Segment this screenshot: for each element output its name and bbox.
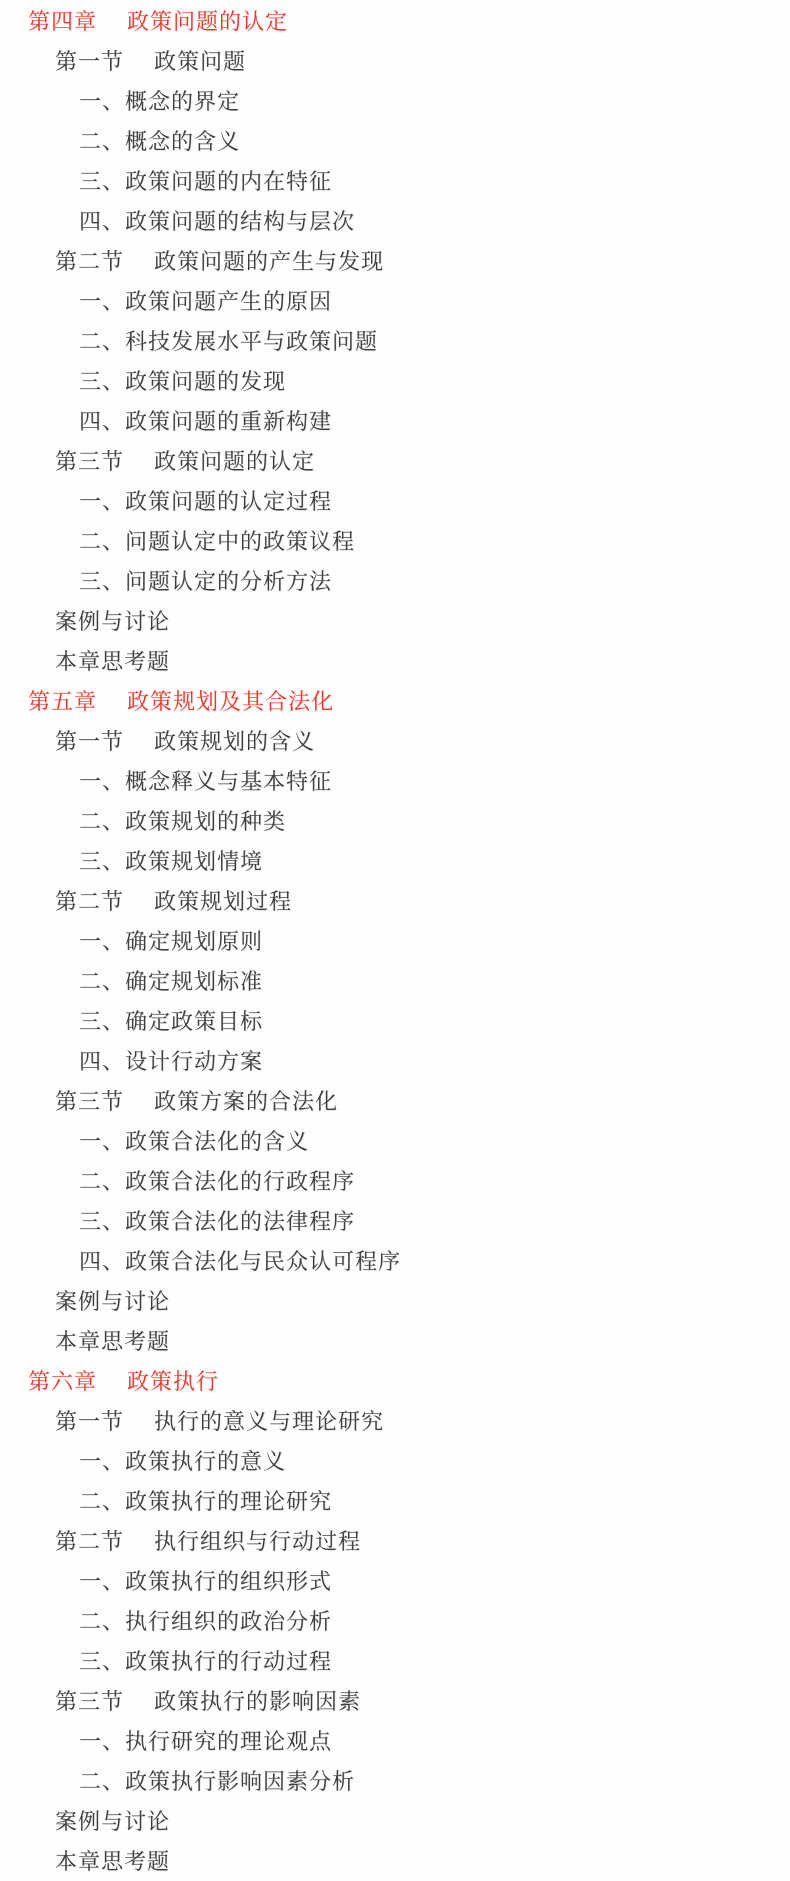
- entry-text: 三、问题认定的分析方法: [79, 565, 332, 596]
- toc-extra-entry: 本章思考题: [0, 640, 790, 680]
- entry-text: 一、政策执行的组织形式: [79, 1565, 332, 1596]
- entry-text: 四、设计行动方案: [79, 1045, 263, 1076]
- toc-item-entry: 四、设计行动方案: [0, 1040, 790, 1080]
- document-page: 第四章政策问题的认定第一节政策问题一、概念的界定二、概念的含义三、政策问题的内在…: [0, 0, 790, 1881]
- entry-text: 本章思考题: [55, 1845, 170, 1876]
- toc-item-entry: 一、确定规划原则: [0, 920, 790, 960]
- entry-text: 二、科技发展水平与政策问题: [79, 325, 378, 356]
- toc-section-heading: 第三节政策方案的合法化: [0, 1080, 790, 1120]
- entry-text: 一、政策问题产生的原因: [79, 285, 332, 316]
- entry-text: 四、政策问题的重新构建: [79, 405, 332, 436]
- entry-text: 一、确定规划原则: [79, 925, 263, 956]
- entry-text: 三、政策问题的发现: [79, 365, 286, 396]
- chapter-number: 第六章: [28, 1365, 97, 1396]
- toc-section-heading: 第三节政策问题的认定: [0, 440, 790, 480]
- toc-item-entry: 四、政策问题的结构与层次: [0, 200, 790, 240]
- toc-extra-entry: 案例与讨论: [0, 600, 790, 640]
- section-title: 政策规划过程: [154, 885, 292, 916]
- toc-section-heading: 第三节政策执行的影响因素: [0, 1680, 790, 1720]
- toc-item-entry: 二、概念的含义: [0, 120, 790, 160]
- toc-item-entry: 四、政策问题的重新构建: [0, 400, 790, 440]
- chapter-number: 第四章: [28, 5, 97, 36]
- entry-text: 二、问题认定中的政策议程: [79, 525, 355, 556]
- section-number: 第二节: [55, 885, 124, 916]
- entry-text: 二、政策执行的理论研究: [79, 1485, 332, 1516]
- toc-section-heading: 第一节政策问题: [0, 40, 790, 80]
- table-of-contents: 第四章政策问题的认定第一节政策问题一、概念的界定二、概念的含义三、政策问题的内在…: [0, 0, 790, 1880]
- toc-item-entry: 二、执行组织的政治分析: [0, 1600, 790, 1640]
- section-number: 第二节: [55, 1525, 124, 1556]
- toc-item-entry: 一、概念的界定: [0, 80, 790, 120]
- entry-text: 三、政策问题的内在特征: [79, 165, 332, 196]
- toc-item-entry: 二、政策规划的种类: [0, 800, 790, 840]
- entry-text: 二、政策规划的种类: [79, 805, 286, 836]
- entry-text: 二、概念的含义: [79, 125, 240, 156]
- toc-item-entry: 二、政策执行影响因素分析: [0, 1760, 790, 1800]
- section-title: 政策问题的认定: [154, 445, 315, 476]
- section-number: 第一节: [55, 45, 124, 76]
- toc-item-entry: 一、政策执行的组织形式: [0, 1560, 790, 1600]
- entry-text: 四、政策合法化与民众认可程序: [79, 1245, 401, 1276]
- toc-item-entry: 一、政策问题产生的原因: [0, 280, 790, 320]
- toc-section-heading: 第二节政策问题的产生与发现: [0, 240, 790, 280]
- toc-item-entry: 一、政策问题的认定过程: [0, 480, 790, 520]
- chapter-number: 第五章: [28, 685, 97, 716]
- toc-chapter-heading: 第六章政策执行: [0, 1360, 790, 1400]
- entry-text: 二、政策执行影响因素分析: [79, 1765, 355, 1796]
- toc-item-entry: 一、政策合法化的含义: [0, 1120, 790, 1160]
- entry-text: 三、确定政策目标: [79, 1005, 263, 1036]
- toc-chapter-heading: 第五章政策规划及其合法化: [0, 680, 790, 720]
- entry-text: 三、政策合法化的法律程序: [79, 1205, 355, 1236]
- chapter-title: 政策规划及其合法化: [127, 685, 334, 716]
- entry-text: 三、政策规划情境: [79, 845, 263, 876]
- toc-item-entry: 二、确定规划标准: [0, 960, 790, 1000]
- entry-text: 案例与讨论: [55, 605, 170, 636]
- entry-text: 案例与讨论: [55, 1805, 170, 1836]
- toc-item-entry: 三、政策合法化的法律程序: [0, 1200, 790, 1240]
- entry-text: 二、政策合法化的行政程序: [79, 1165, 355, 1196]
- toc-section-heading: 第二节政策规划过程: [0, 880, 790, 920]
- section-title: 政策问题的产生与发现: [154, 245, 384, 276]
- section-number: 第二节: [55, 245, 124, 276]
- section-number: 第一节: [55, 1405, 124, 1436]
- entry-text: 二、确定规划标准: [79, 965, 263, 996]
- toc-item-entry: 四、政策合法化与民众认可程序: [0, 1240, 790, 1280]
- toc-extra-entry: 本章思考题: [0, 1320, 790, 1360]
- section-title: 政策方案的合法化: [154, 1085, 338, 1116]
- toc-item-entry: 二、政策合法化的行政程序: [0, 1160, 790, 1200]
- entry-text: 本章思考题: [55, 645, 170, 676]
- section-title: 执行的意义与理论研究: [154, 1405, 384, 1436]
- toc-section-heading: 第一节执行的意义与理论研究: [0, 1400, 790, 1440]
- section-number: 第三节: [55, 1085, 124, 1116]
- entry-text: 一、概念释义与基本特征: [79, 765, 332, 796]
- toc-item-entry: 一、政策执行的意义: [0, 1440, 790, 1480]
- section-number: 第三节: [55, 445, 124, 476]
- toc-item-entry: 三、确定政策目标: [0, 1000, 790, 1040]
- toc-item-entry: 三、问题认定的分析方法: [0, 560, 790, 600]
- section-title: 政策问题: [154, 45, 246, 76]
- entry-text: 案例与讨论: [55, 1285, 170, 1316]
- entry-text: 一、概念的界定: [79, 85, 240, 116]
- toc-chapter-heading: 第四章政策问题的认定: [0, 0, 790, 40]
- toc-section-heading: 第一节政策规划的含义: [0, 720, 790, 760]
- entry-text: 一、政策合法化的含义: [79, 1125, 309, 1156]
- entry-text: 一、政策执行的意义: [79, 1445, 286, 1476]
- chapter-title: 政策执行: [127, 1365, 219, 1396]
- section-title: 政策执行的影响因素: [154, 1685, 361, 1716]
- toc-item-entry: 三、政策问题的发现: [0, 360, 790, 400]
- entry-text: 本章思考题: [55, 1325, 170, 1356]
- toc-item-entry: 三、政策执行的行动过程: [0, 1640, 790, 1680]
- toc-item-entry: 二、科技发展水平与政策问题: [0, 320, 790, 360]
- entry-text: 三、政策执行的行动过程: [79, 1645, 332, 1676]
- entry-text: 二、执行组织的政治分析: [79, 1605, 332, 1636]
- toc-extra-entry: 案例与讨论: [0, 1800, 790, 1840]
- toc-item-entry: 一、概念释义与基本特征: [0, 760, 790, 800]
- toc-extra-entry: 本章思考题: [0, 1840, 790, 1880]
- toc-item-entry: 三、政策规划情境: [0, 840, 790, 880]
- chapter-title: 政策问题的认定: [127, 5, 288, 36]
- section-number: 第一节: [55, 725, 124, 756]
- toc-extra-entry: 案例与讨论: [0, 1280, 790, 1320]
- toc-item-entry: 二、政策执行的理论研究: [0, 1480, 790, 1520]
- section-title: 政策规划的含义: [154, 725, 315, 756]
- toc-section-heading: 第二节执行组织与行动过程: [0, 1520, 790, 1560]
- section-number: 第三节: [55, 1685, 124, 1716]
- entry-text: 一、执行研究的理论观点: [79, 1725, 332, 1756]
- entry-text: 四、政策问题的结构与层次: [79, 205, 355, 236]
- toc-item-entry: 一、执行研究的理论观点: [0, 1720, 790, 1760]
- section-title: 执行组织与行动过程: [154, 1525, 361, 1556]
- toc-item-entry: 三、政策问题的内在特征: [0, 160, 790, 200]
- entry-text: 一、政策问题的认定过程: [79, 485, 332, 516]
- toc-item-entry: 二、问题认定中的政策议程: [0, 520, 790, 560]
